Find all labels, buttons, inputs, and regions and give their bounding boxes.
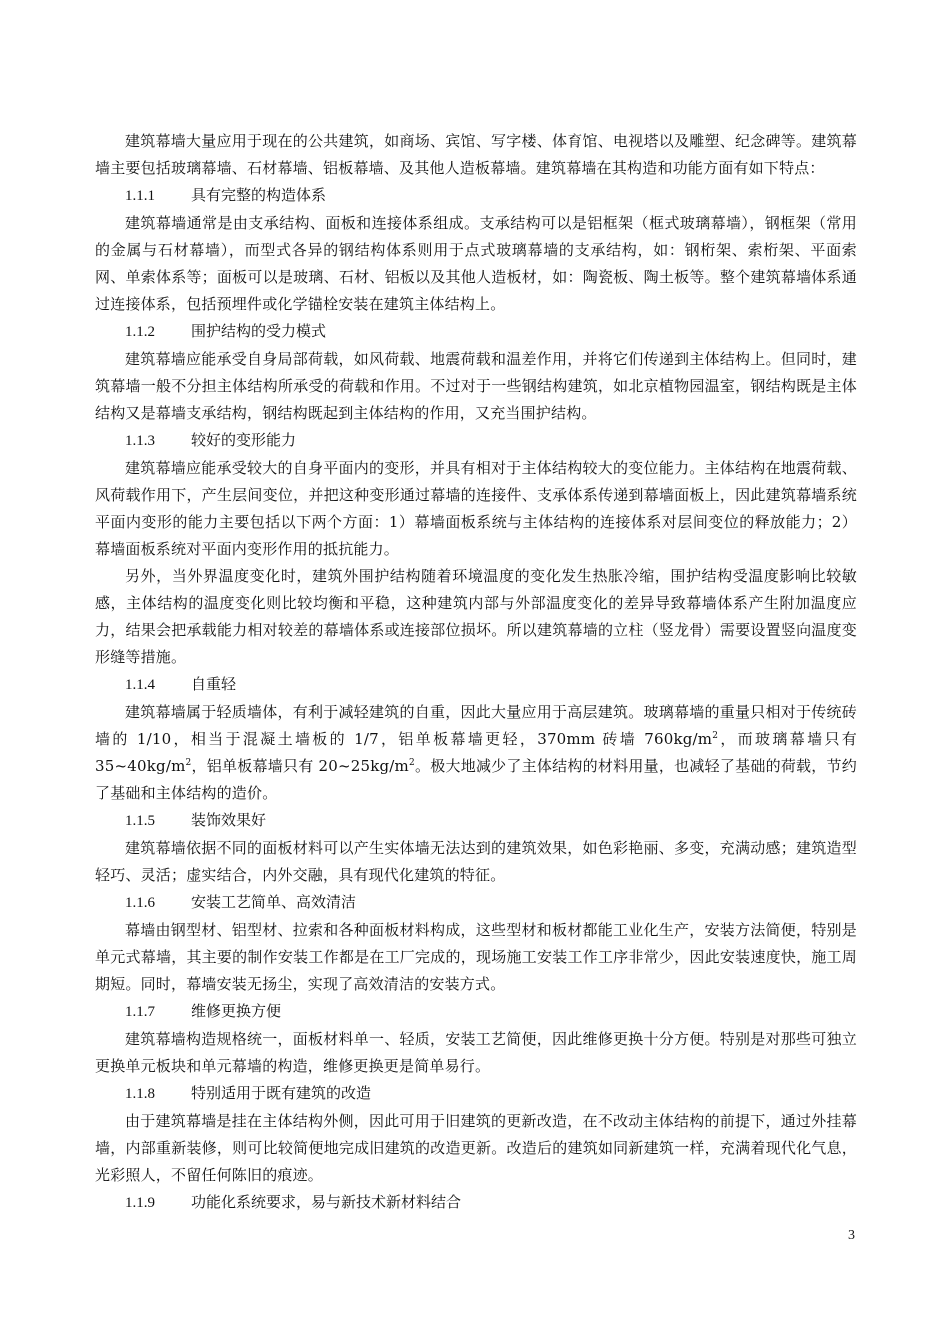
section-heading-1-1-3: 1.1.3较好的变形能力 bbox=[95, 427, 857, 455]
section-number: 1.1.6 bbox=[125, 890, 191, 917]
section-title: 自重轻 bbox=[191, 675, 236, 693]
paragraph: 幕墙由钢型材、铝型材、拉索和各种面板材料构成，这些型材和板材都能工业化生产，安装… bbox=[95, 917, 857, 998]
section-number: 1.1.4 bbox=[125, 672, 191, 699]
paragraph: 建筑幕墙应能承受自身局部荷载，如风荷载、地震荷载和温差作用，并将它们传递到主体结… bbox=[95, 346, 857, 427]
section-heading-1-1-6: 1.1.6安装工艺简单、高效清洁 bbox=[95, 889, 857, 917]
section-heading-1-1-9: 1.1.9功能化系统要求，易与新技术新材料结合 bbox=[95, 1189, 857, 1217]
section-heading-1-1-5: 1.1.5装饰效果好 bbox=[95, 807, 857, 835]
section-title: 特别适用于既有建筑的改造 bbox=[191, 1084, 371, 1102]
section-title: 维修更换方便 bbox=[191, 1002, 281, 1020]
paragraph: 由于建筑幕墙是挂在主体结构外侧，因此可用于旧建筑的更新改造，在不改动主体结构的前… bbox=[95, 1108, 857, 1189]
section-heading-1-1-4: 1.1.4自重轻 bbox=[95, 671, 857, 699]
section-heading-1-1-1: 1.1.1具有完整的构造体系 bbox=[95, 182, 857, 210]
section-title: 功能化系统要求，易与新技术新材料结合 bbox=[191, 1193, 461, 1211]
section-title: 具有完整的构造体系 bbox=[191, 186, 326, 204]
paragraph: 建筑幕墙依据不同的面板材料可以产生实体墙无法达到的建筑效果，如色彩艳丽、多变，充… bbox=[95, 835, 857, 889]
section-number: 1.1.7 bbox=[125, 999, 191, 1026]
section-number: 1.1.8 bbox=[125, 1081, 191, 1108]
section-heading-1-1-7: 1.1.7维修更换方便 bbox=[95, 998, 857, 1026]
section-title: 装饰效果好 bbox=[191, 811, 266, 829]
paragraph: 建筑幕墙通常是由支承结构、面板和连接体系组成。支承结构可以是铝框架（框式玻璃幕墙… bbox=[95, 210, 857, 318]
section-number: 1.1.2 bbox=[125, 319, 191, 346]
paragraph: 另外，当外界温度变化时，建筑外围护结构随着环境温度的变化发生热胀冷缩，围护结构受… bbox=[95, 563, 857, 671]
section-number: 1.1.5 bbox=[125, 808, 191, 835]
section-number: 1.1.1 bbox=[125, 183, 191, 210]
intro-paragraph: 建筑幕墙大量应用于现在的公共建筑，如商场、宾馆、写字楼、体育馆、电视塔以及雕塑、… bbox=[95, 128, 857, 182]
paragraph-weight: 建筑幕墙属于轻质墙体，有利于减轻建筑的自重，因此大量应用于高层建筑。玻璃幕墙的重… bbox=[95, 699, 857, 807]
section-heading-1-1-2: 1.1.2围护结构的受力模式 bbox=[95, 318, 857, 346]
section-heading-1-1-8: 1.1.8特别适用于既有建筑的改造 bbox=[95, 1080, 857, 1108]
document-page: 建筑幕墙大量应用于现在的公共建筑，如商场、宾馆、写字楼、体育馆、电视塔以及雕塑、… bbox=[95, 128, 857, 1217]
page-number: 3 bbox=[848, 1228, 855, 1244]
paragraph: 建筑幕墙应能承受较大的自身平面内的变形，并具有相对于主体结构较大的变位能力。主体… bbox=[95, 455, 857, 563]
section-title: 安装工艺简单、高效清洁 bbox=[191, 893, 356, 911]
section-title: 较好的变形能力 bbox=[191, 431, 296, 449]
section-number: 1.1.9 bbox=[125, 1190, 191, 1217]
section-number: 1.1.3 bbox=[125, 428, 191, 455]
paragraph: 建筑幕墙构造规格统一，面板材料单一、轻质，安装工艺简便，因此维修更换十分方便。特… bbox=[95, 1026, 857, 1080]
section-title: 围护结构的受力模式 bbox=[191, 322, 326, 340]
